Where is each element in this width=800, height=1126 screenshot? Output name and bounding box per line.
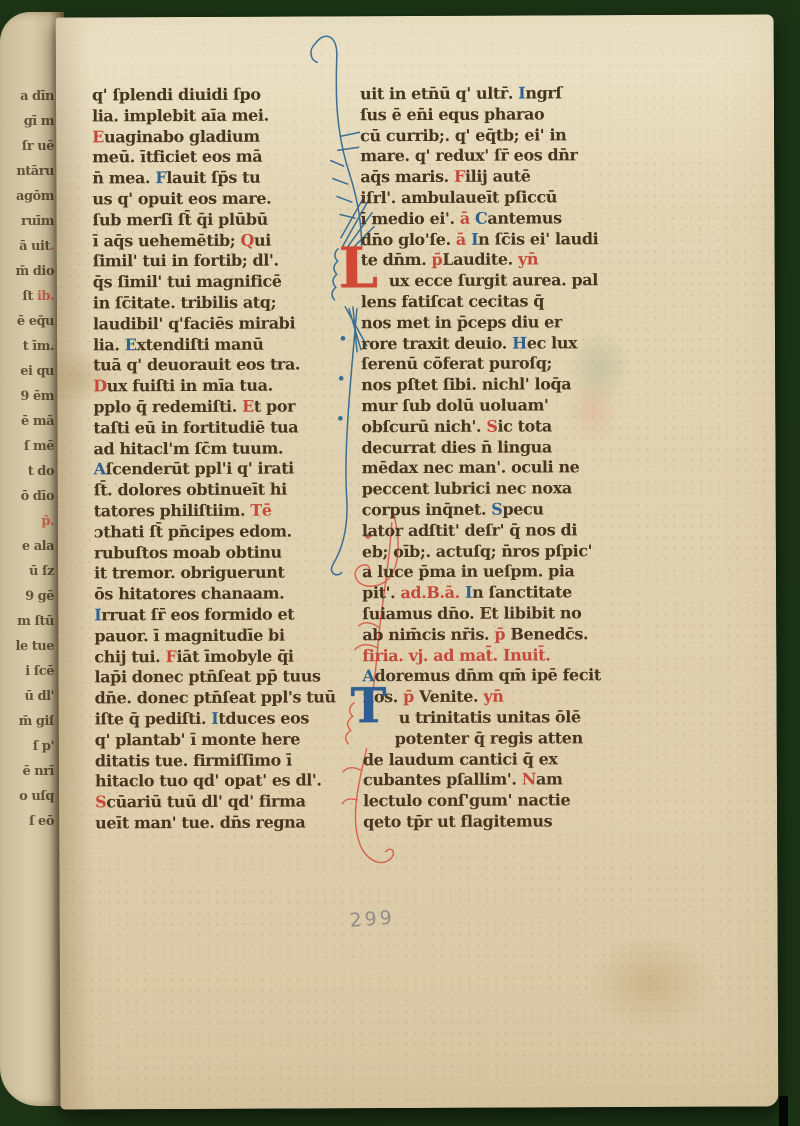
- text-segment: ux fuiſti in mīa tua.: [107, 376, 273, 396]
- text-line: pauor. ī magnitudīe bi: [94, 625, 354, 647]
- text-segment: lia. implebit aīa mei.: [92, 105, 269, 125]
- manuscript-page: q' ſplendi diuidi ſpolia. implebit aīa m…: [56, 14, 779, 1109]
- text-segment: ab nim̄cis nr̄is.: [362, 624, 494, 644]
- text-segment: pit'.: [362, 583, 400, 602]
- text-line: a dīn: [2, 84, 54, 109]
- text-segment: Q: [240, 230, 254, 249]
- text-segment: F: [165, 647, 176, 666]
- text-line: ſt ib.: [2, 284, 54, 309]
- text-line: te dn̄m. p̄Laudite. yn̄: [361, 249, 671, 271]
- text-segment: I: [211, 709, 218, 728]
- text-segment: ſ mē: [24, 439, 54, 454]
- text-line: lens fatiſcat cecitas q̄: [361, 291, 671, 313]
- text-segment: aq̄s maris.: [360, 167, 454, 186]
- text-segment: ngrſ: [525, 83, 562, 102]
- text-line: t do: [2, 459, 54, 484]
- text-line: iſrl'. ambulaueīt pſiccū: [360, 187, 670, 209]
- text-segment: uaginabo gladium: [104, 126, 260, 146]
- text-line: uit in etn̄ū q' ultr̄. Ingrſ: [360, 83, 670, 105]
- text-line: q̄s ſimil' tui magnificē: [93, 271, 353, 293]
- text-line: ſus ē en̄i equs pharao: [360, 104, 670, 126]
- text-segment: ē mā: [21, 414, 54, 429]
- text-segment: taſti eū in fortitudiē tua: [93, 417, 298, 437]
- text-segment: corpus inq̄net.: [362, 500, 492, 520]
- text-line: qeto tp̄r ut flagitemus: [363, 811, 673, 833]
- text-segment: hitaclo tuo qd' opat' es dl'.: [95, 771, 322, 791]
- folio-number: 299: [349, 907, 396, 932]
- text-segment: a luce p̄ma in ueſpm. pia: [362, 562, 575, 582]
- text-segment: ā: [456, 229, 471, 248]
- text-segment: ec lux: [527, 333, 577, 352]
- text-segment: t do: [28, 464, 54, 479]
- text-line: m̄ dio: [2, 259, 54, 284]
- text-line: pplo q̄ redemiſti. Et por: [93, 396, 353, 418]
- text-segment: gī m: [24, 114, 54, 129]
- text-segment: ā uit: [19, 239, 50, 254]
- text-segment: firia. vj. ad mat̄. Inuit̄.: [362, 645, 550, 665]
- text-segment: E: [92, 127, 104, 146]
- text-line: de laudum cantici q̄ ex: [363, 748, 673, 770]
- text-segment: laudibil' q'faciēs mirabi: [93, 313, 295, 333]
- text-line: hitaclo tuo qd' opat' es dl'.: [95, 771, 355, 793]
- text-line: Dux fuiſti in mīa tua.: [93, 375, 353, 397]
- text-line: Irruat ſr̄ eos formido et: [94, 604, 354, 626]
- text-line: a luce p̄ma in ueſpm. pia: [362, 561, 672, 583]
- text-line: Scūariū tuū dl' qd' firma: [95, 791, 355, 813]
- text-line: peccent lubrici nec noxa: [362, 478, 672, 500]
- text-segment: p̄: [403, 687, 419, 706]
- text-segment: Benedc̄s.: [510, 624, 588, 643]
- text-segment: C: [475, 208, 487, 227]
- text-segment: S: [95, 792, 106, 811]
- text-segment: N: [522, 770, 536, 789]
- text-segment: ē nrī: [22, 764, 54, 779]
- text-line: ad hitacl'm ſc̄m tuum.: [93, 438, 353, 460]
- text-segment: dn̄e. donec ptn̄ſeat ppl's tuū: [95, 687, 336, 707]
- text-segment: iāt īmobyle q̄i: [176, 646, 293, 666]
- text-segment: .: [50, 239, 54, 254]
- text-segment: a dīn: [20, 89, 54, 104]
- text-segment: iſrl'. ambulaueīt pſiccū: [360, 187, 557, 207]
- text-segment: A: [94, 460, 106, 479]
- text-segment: ſcenderūt ppl'i q' irati: [106, 459, 294, 479]
- text-segment: F: [454, 167, 465, 186]
- text-segment: ōs hitatores chanaam.: [94, 584, 284, 604]
- text-line: laudibil' q'faciēs mirabi: [93, 313, 353, 335]
- text-segment: D: [93, 377, 107, 396]
- text-line: dn̄e. donec ptn̄ſeat ppl's tuū: [95, 687, 355, 709]
- text-line: ſ p': [2, 734, 54, 759]
- text-segment: E: [242, 397, 254, 416]
- text-segment: ſub merſi ſt̄ q̄i plūbū: [92, 209, 267, 229]
- text-segment: lens fatiſcat cecitas q̄: [361, 291, 544, 311]
- text-segment: nos pſtet ſibi. nichl' loq̄a: [361, 374, 571, 394]
- text-segment: in ſc̄itate. tribilis atq;: [93, 293, 276, 313]
- text-segment: de laudum cantici q̄ ex: [363, 749, 558, 769]
- text-line: it tremor. obriguerunt: [94, 563, 354, 585]
- text-segment: ei qu: [20, 364, 54, 379]
- text-segment: tuā q' deuorauit eos tra.: [93, 355, 300, 375]
- text-segment: i ſcē: [25, 664, 54, 679]
- text-segment: mēdax nec man'. oculi ne: [362, 458, 580, 478]
- text-line: e ala: [2, 534, 54, 559]
- text-segment: mur ſub dolū uoluam': [361, 395, 548, 415]
- text-segment: ilij autē: [465, 167, 531, 186]
- right-text-column: uit in etn̄ū q' ultr̄. Ingrſſus ē en̄i e…: [360, 83, 673, 833]
- text-segment: I: [471, 229, 478, 248]
- text-segment: F: [155, 168, 166, 187]
- text-segment: lator adſtit' deſr' q̄ nos di: [362, 520, 577, 540]
- background-shadow-notch: [779, 1096, 788, 1126]
- text-segment: ū dl': [25, 689, 55, 704]
- text-segment: ruīm: [21, 214, 54, 229]
- text-line: ſimil' tui in fortib; dl'.: [93, 251, 353, 273]
- text-segment: ui: [254, 230, 271, 249]
- text-line: ueīt man' tue. dn̄s regna: [95, 812, 355, 834]
- text-segment: n ſc̄is ei' laudi: [478, 229, 598, 249]
- text-segment: it tremor. obriguerunt: [94, 563, 284, 583]
- text-segment: ō dīo: [21, 489, 54, 504]
- text-segment: tatores philiſtiim.: [94, 501, 251, 521]
- text-segment: antemus: [487, 208, 561, 227]
- text-segment: mare. q' redux' ſr̄ eos dn̄r: [360, 146, 577, 166]
- text-line: mur ſub dolū uoluam': [361, 395, 671, 417]
- text-line: ɔthati ſt̄ pn̄cipes edom.: [94, 521, 354, 543]
- text-segment: uit in etn̄ū q' ultr̄.: [360, 84, 518, 104]
- text-segment: ſr uē: [22, 139, 54, 154]
- text-line: q' ſplendi diuidi ſpo: [92, 84, 352, 106]
- text-segment: cubantes pſallim'.: [363, 770, 522, 790]
- text-segment: qeto tp̄r ut flagitemus: [363, 811, 552, 831]
- text-line: rore traxit deuio. Hec lux: [361, 332, 671, 354]
- text-segment: tduces eos: [218, 708, 309, 727]
- text-segment: ī aq̄s uehemētib;: [93, 230, 241, 250]
- text-line: ſuiamus dn̄o. Et libibit no: [362, 603, 672, 625]
- text-segment: m ſtū: [17, 614, 54, 629]
- text-line: corpus inq̄net. Specu: [362, 499, 672, 521]
- text-line: le tue: [2, 634, 54, 659]
- text-segment: ſerenū cōferat puroſq;: [361, 354, 552, 374]
- text-segment: t por: [254, 396, 295, 415]
- text-line: eb; oīb;. actuſq; n̄ros pſpic': [362, 540, 672, 562]
- text-segment: rore traxit deuio.: [361, 333, 512, 353]
- text-line: cū currib;. q' eq̄tb; ei' in: [360, 124, 670, 146]
- text-line: pit'. ad.B.ā. In ſanctitate: [362, 582, 672, 604]
- text-line: 9 ēm: [2, 384, 54, 409]
- text-line: lia. implebit aīa mei.: [92, 105, 352, 127]
- text-segment: lectulo conſ'gum' nactie: [363, 790, 570, 810]
- text-segment: potenter q̄ regis atten: [395, 728, 583, 748]
- text-segment: m̄ dio: [16, 264, 54, 279]
- text-segment: ſ eō: [29, 814, 54, 829]
- text-segment: o uſq: [19, 789, 54, 804]
- text-line: ī aq̄s uehemētib; Qui: [93, 230, 353, 252]
- text-line: iſte q̄ pediſti. Itduces eos: [95, 708, 355, 730]
- text-segment: E: [125, 335, 137, 354]
- text-line: dn̄o glo'ſe. ā In ſc̄is ei' laudi: [361, 228, 671, 250]
- text-segment: lauit ſp̄s tu: [166, 168, 260, 187]
- text-segment: t īm.: [23, 339, 54, 354]
- text-line: 9 gē: [2, 584, 54, 609]
- text-segment: n̄ mea.: [92, 168, 155, 187]
- text-segment: ic tota: [497, 416, 552, 435]
- text-line: mēdax nec man'. oculi ne: [362, 457, 672, 479]
- text-line: ntāru: [2, 159, 54, 184]
- text-segment: ſt̄. dolores obtinueīt hi: [94, 480, 287, 500]
- text-segment: ditatis tue. firmiſſimo ī: [95, 750, 292, 770]
- text-segment: ſimil' tui in fortib; dl'.: [93, 251, 279, 271]
- text-line: in ſc̄itate. tribilis atq;: [93, 292, 353, 314]
- text-segment: Laudite.: [442, 250, 518, 269]
- manuscript-photo: { "manuscript": { "folio_number": "299",…: [0, 0, 800, 1126]
- text-line: nos met in p̄ceps diu er: [361, 312, 671, 334]
- text-line: Adoremus dn̄m qm̄ ipē fecit: [362, 665, 672, 687]
- text-line: ī medio ei'. ā Cantemus: [360, 208, 670, 230]
- drop-cap-T-tu: T: [351, 682, 387, 730]
- text-segment: I: [465, 583, 472, 602]
- text-segment: ē eq̄u: [17, 314, 54, 329]
- text-segment: ntāru: [16, 164, 54, 179]
- text-segment: q' ſplendi diuidi ſpo: [92, 85, 261, 105]
- text-segment: obſcurū nich'.: [361, 416, 486, 436]
- text-line: u trinitatis unitas ōlē: [363, 707, 673, 729]
- text-segment: p̄: [431, 250, 442, 269]
- text-segment: Tē: [250, 501, 271, 520]
- text-segment: q̄s ſimil' tui magnificē: [93, 272, 282, 292]
- text-line: m̄ giſ: [2, 709, 54, 734]
- text-line: potenter q̄ regis atten: [363, 728, 673, 750]
- text-line: ſerenū cōferat puroſq;: [361, 353, 671, 375]
- previous-leaf-edge: a dīngī mſr uēntāruagōmruīmā uit.m̄ dioſ…: [0, 12, 64, 1106]
- text-segment: lia.: [93, 335, 125, 354]
- text-segment: ſ p': [33, 739, 54, 754]
- text-segment: chij tui.: [94, 647, 165, 666]
- text-segment: ad hitacl'm ſc̄m tuum.: [93, 438, 283, 458]
- text-line: ruīm: [2, 209, 54, 234]
- text-segment: 9 gē: [25, 589, 54, 604]
- text-line: ſr uē: [2, 134, 54, 159]
- text-line: meū. ītficiet eos mā: [92, 147, 352, 169]
- text-line: ſt̄. dolores obtinueīt hi: [94, 479, 354, 501]
- text-line: ū dl': [2, 684, 54, 709]
- text-line: ſ mē: [2, 434, 54, 459]
- text-segment: pplo q̄ redemiſti.: [93, 397, 242, 417]
- text-line: ōs hitatores chanaam.: [94, 583, 354, 605]
- text-line: nos. p̄ Venite. yn̄: [363, 686, 673, 708]
- text-line: ā uit.: [2, 234, 54, 259]
- text-line: ab nim̄cis nr̄is. p̄ Benedc̄s.: [362, 624, 672, 646]
- text-segment: ux ecce ſurgit aurea. pal: [389, 270, 598, 290]
- text-segment: cūariū tuū dl' qd' firma: [106, 792, 305, 812]
- text-segment: p̄: [494, 624, 510, 643]
- text-line: o uſq: [2, 784, 54, 809]
- text-segment: agōm: [16, 189, 54, 204]
- text-segment: yn̄: [483, 687, 503, 706]
- text-line: lap̄i donec ptn̄ſeat pp̄ tuus: [94, 667, 354, 689]
- left-text-column: q' ſplendi diuidi ſpolia. implebit aīa m…: [92, 84, 355, 834]
- text-segment: ī medio ei'.: [360, 209, 459, 228]
- text-line: m ſtū: [2, 609, 54, 634]
- text-line: ē nrī: [2, 759, 54, 784]
- text-line: mare. q' redux' ſr̄ eos dn̄r: [360, 145, 670, 167]
- text-segment: ueīt man' tue. dn̄s regna: [95, 812, 305, 832]
- text-line: ū ſz: [2, 559, 54, 584]
- text-line: chij tui. Fiāt īmobyle q̄i: [94, 646, 354, 668]
- text-line: i ſcē: [2, 659, 54, 684]
- text-segment: H: [512, 333, 527, 352]
- text-segment: peccent lubrici nec noxa: [362, 478, 572, 498]
- text-segment: doremus dn̄m qm̄ ipē fecit: [374, 666, 600, 686]
- text-line: ō dīo: [2, 484, 54, 509]
- text-segment: ā: [460, 209, 475, 228]
- text-line: ē eq̄u: [2, 309, 54, 334]
- text-segment: eb; oīb;. actuſq; n̄ros pſpic': [362, 541, 592, 561]
- text-segment: nos met in p̄ceps diu er: [361, 312, 562, 332]
- text-segment: us q' opuit eos mare.: [92, 189, 271, 209]
- text-line: aq̄s maris. Filij autē: [360, 166, 670, 188]
- text-line: rubuſtos moab obtinu: [94, 542, 354, 564]
- text-line: lia. Extendiſti manū: [93, 334, 353, 356]
- text-segment: ſuiamus dn̄o. Et libibit no: [362, 603, 581, 623]
- text-segment: e ala: [22, 539, 54, 554]
- text-line: Aſcenderūt ppl'i q' irati: [94, 459, 354, 481]
- text-segment: iſte q̄ pediſti.: [95, 709, 212, 729]
- text-line: p̄.: [2, 509, 54, 534]
- text-segment: n ſanctitate: [472, 582, 572, 601]
- text-segment: u trinitatis unitas ōlē: [399, 707, 581, 727]
- text-segment: m̄ giſ: [19, 714, 54, 729]
- text-segment: am: [536, 770, 563, 789]
- text-line: gī m: [2, 109, 54, 134]
- text-segment: q' plantab' ī monte here: [95, 729, 300, 749]
- text-segment: ib.: [37, 289, 54, 304]
- text-segment: cū currib;. q' eq̄tb; ei' in: [360, 125, 566, 145]
- text-line: firia. vj. ad mat̄. Inuit̄.: [362, 644, 672, 666]
- text-segment: pecu: [502, 499, 543, 518]
- text-line: q' plantab' ī monte here: [95, 729, 355, 751]
- text-line: ē mā: [2, 409, 54, 434]
- text-line: ſub merſi ſt̄ q̄i plūbū: [92, 209, 352, 231]
- text-line: obſcurū nich'. Sic tota: [361, 416, 671, 438]
- text-segment: decurrat dies n̄ lingua: [361, 437, 551, 457]
- text-line: ſ eō: [2, 809, 54, 834]
- text-segment: ū ſz: [29, 564, 54, 579]
- text-line: ux ecce ſurgit aurea. pal: [361, 270, 671, 292]
- text-segment: pauor. ī magnitudīe bi: [94, 625, 284, 645]
- text-segment: 9 ēm: [20, 389, 54, 404]
- text-line: Euaginabo gladium: [92, 126, 352, 148]
- text-line: lator adſtit' deſr' q̄ nos di: [362, 520, 672, 542]
- text-segment: ſus ē en̄i equs pharao: [360, 104, 544, 124]
- text-segment: rubuſtos moab obtinu: [94, 542, 282, 562]
- text-line: lectulo conſ'gum' nactie: [363, 790, 673, 812]
- text-segment: ſt: [22, 289, 37, 304]
- text-segment: yn̄: [518, 250, 538, 269]
- text-segment: rruat ſr̄ eos formido et: [101, 604, 294, 624]
- text-line: tuā q' deuorauit eos tra.: [93, 355, 353, 377]
- drop-cap-L-lux: L: [339, 240, 379, 296]
- text-segment: ɔthati ſt̄ pn̄cipes edom.: [94, 521, 292, 541]
- text-segment: lap̄i donec ptn̄ſeat pp̄ tuus: [94, 667, 320, 687]
- text-segment: meū. ītficiet eos mā: [92, 147, 262, 167]
- text-line: taſti eū in fortitudiē tua: [93, 417, 353, 439]
- text-line: ditatis tue. firmiſſimo ī: [95, 750, 355, 772]
- text-segment: ad.B.ā.: [400, 583, 465, 602]
- text-segment: xtendiſti manū: [136, 334, 263, 354]
- text-line: tatores philiſtiim. Tē: [94, 500, 354, 522]
- text-segment: S: [486, 416, 497, 435]
- text-segment: S: [491, 500, 502, 519]
- text-line: us q' opuit eos mare.: [92, 188, 352, 210]
- text-line: n̄ mea. Flauit ſp̄s tu: [92, 167, 352, 189]
- text-line: cubantes pſallim'. Nam: [363, 769, 673, 791]
- text-segment: Venite.: [419, 687, 483, 706]
- text-line: nos pſtet ſibi. nichl' loq̄a: [361, 374, 671, 396]
- text-line: decurrat dies n̄ lingua: [361, 436, 671, 458]
- previous-leaf-text-fragments: a dīngī mſr uēntāruagōmruīmā uit.m̄ dioſ…: [2, 84, 54, 834]
- text-segment: le tue: [16, 639, 54, 654]
- text-segment: p̄.: [41, 514, 54, 529]
- text-line: agōm: [2, 184, 54, 209]
- text-line: ei qu: [2, 359, 54, 384]
- text-line: t īm.: [2, 334, 54, 359]
